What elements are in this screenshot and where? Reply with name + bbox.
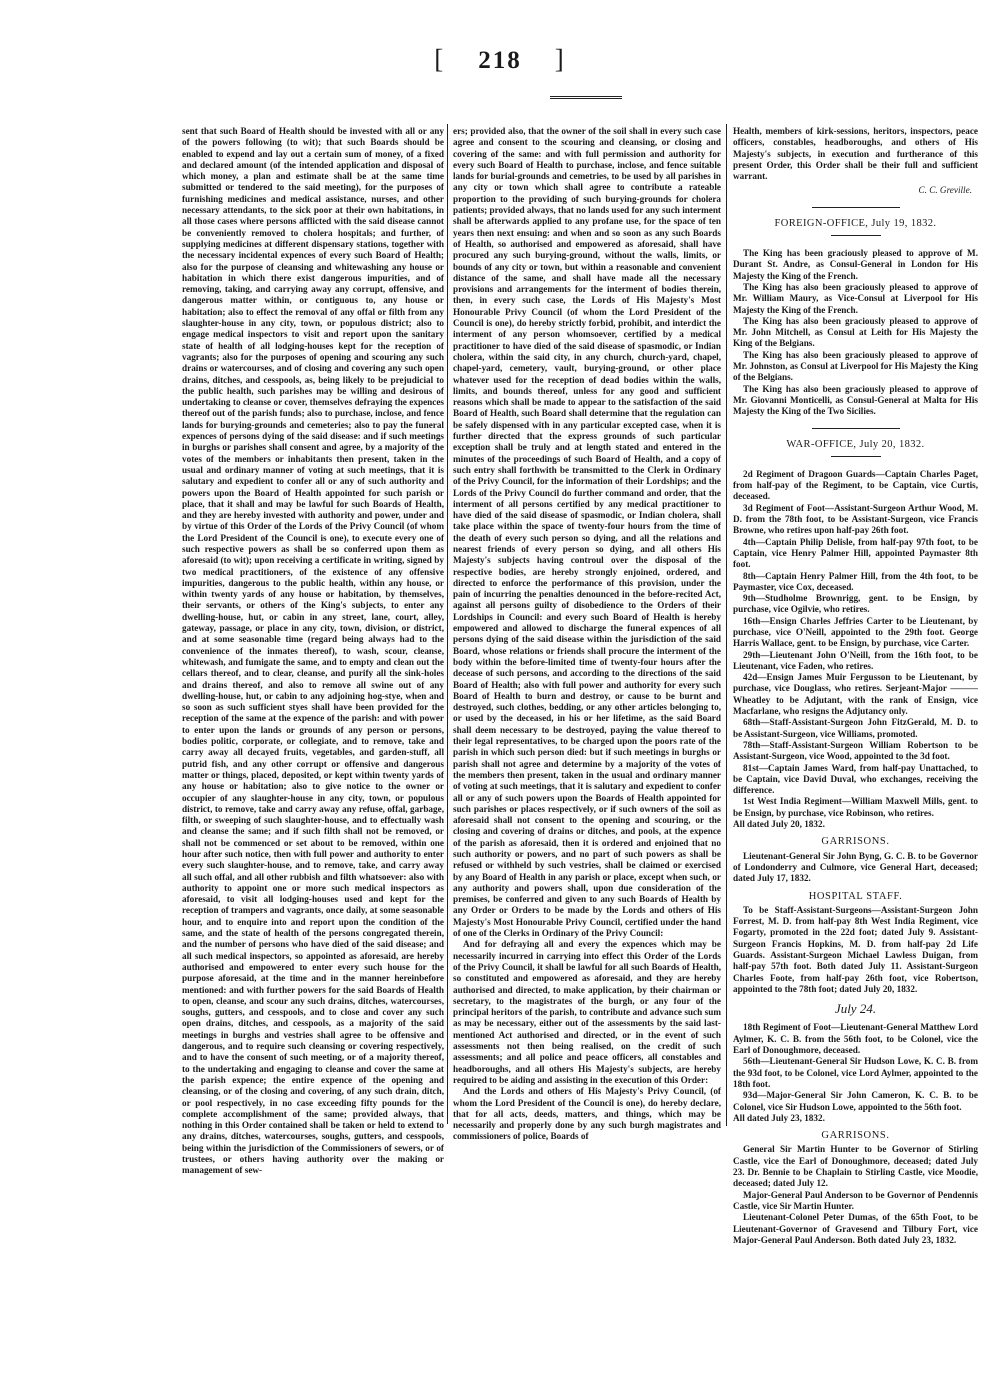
- paragraph: Major-General Paul Anderson to be Govern…: [733, 1190, 978, 1213]
- section-heading-foreign-office: FOREIGN-OFFICE, July 19, 1832.: [733, 218, 978, 229]
- paragraph: 42d—Ensign James Muir Fergusson to be Li…: [733, 672, 978, 717]
- paragraph: 4th—Captain Philip Delisle, from half-pa…: [733, 537, 978, 571]
- paragraph: 18th Regiment of Foot—Lieutenant-General…: [733, 1022, 978, 1056]
- section-heading-garrisons: GARRISONS.: [733, 836, 978, 847]
- paragraph: 9th—Studholme Brownrigg, gent. to be Ens…: [733, 593, 978, 616]
- header-rule: [550, 96, 622, 99]
- paragraph: Lieutenant-General Sir John Byng, G. C. …: [733, 851, 978, 885]
- paragraph: Health, members of kirk-sessions, herito…: [733, 126, 978, 182]
- page-number-header: [ 218 ]: [0, 44, 1000, 75]
- paragraph: The King has also been graciously please…: [733, 350, 978, 384]
- paragraph: 2d Regiment of Dragoon Guards—Captain Ch…: [733, 469, 978, 503]
- page-number: 218: [478, 47, 522, 74]
- paragraph: 29th—Lieutenant John O'Neill, from the 1…: [733, 650, 978, 673]
- column-divider: [726, 124, 727, 1126]
- paragraph: The King has also been graciously please…: [733, 384, 978, 418]
- paragraph: The King has also been graciously please…: [733, 316, 978, 350]
- dated-line: All dated July 23, 1832.: [733, 1113, 978, 1124]
- paragraph: 8th—Captain Henry Palmer Hill, from the …: [733, 571, 978, 594]
- paragraph: 68th—Staff-Assistant-Surgeon John FitzGe…: [733, 717, 978, 740]
- paragraph: The King has also been graciously please…: [733, 282, 978, 316]
- paragraph: 3d Regiment of Foot—Assistant-Surgeon Ar…: [733, 503, 978, 537]
- paragraph: 56th—Lieutenant-General Sir Hudson Lowe,…: [733, 1056, 978, 1090]
- paragraph: Lieutenant-Colonel Peter Dumas, of the 6…: [733, 1212, 978, 1246]
- section-rule: [831, 235, 881, 236]
- bracket-left: [: [434, 44, 445, 74]
- paragraph: And the Lords and others of His Majesty'…: [453, 1086, 721, 1142]
- paragraph: 81st—Captain James Ward, from half-pay U…: [733, 763, 978, 797]
- bracket-right: ]: [555, 44, 566, 74]
- paragraph: 93d—Major-General Sir John Cameron, K. C…: [733, 1090, 978, 1113]
- paragraph: sent that such Board of Health should be…: [182, 126, 444, 1177]
- section-heading-hospital-staff: HOSPITAL STAFF.: [733, 891, 978, 902]
- section-rule: [831, 456, 881, 457]
- paragraph: 1st West India Regiment—William Maxwell …: [733, 796, 978, 819]
- section-rule: [812, 207, 900, 208]
- paragraph: 78th—Staff-Assistant-Surgeon William Rob…: [733, 740, 978, 763]
- paragraph: ers; provided also, that the owner of th…: [453, 126, 721, 939]
- dated-line: All dated July 20, 1832.: [733, 819, 978, 830]
- section-rule: [812, 428, 900, 429]
- paragraph: General Sir Martin Hunter to be Governor…: [733, 1144, 978, 1189]
- signature: C. C. Greville.: [733, 185, 978, 196]
- column-divider: [447, 124, 448, 1124]
- section-heading-war-office: WAR-OFFICE, July 20, 1832.: [733, 439, 978, 450]
- paragraph: And for defraying all and every the expe…: [453, 939, 721, 1086]
- column-right: Health, members of kirk-sessions, herito…: [733, 126, 978, 1246]
- paragraph: To be Staff-Assistant-Surgeons—Assistant…: [733, 905, 978, 995]
- column-left: sent that such Board of Health should be…: [182, 126, 444, 1177]
- date-heading-july-24: July 24.: [733, 1003, 978, 1014]
- section-heading-garrisons: GARRISONS.: [733, 1130, 978, 1141]
- paragraph: The King has been graciously pleased to …: [733, 248, 978, 282]
- paragraph: 16th—Ensign Charles Jeffries Carter to b…: [733, 616, 978, 650]
- column-middle: ers; provided also, that the owner of th…: [453, 126, 721, 1143]
